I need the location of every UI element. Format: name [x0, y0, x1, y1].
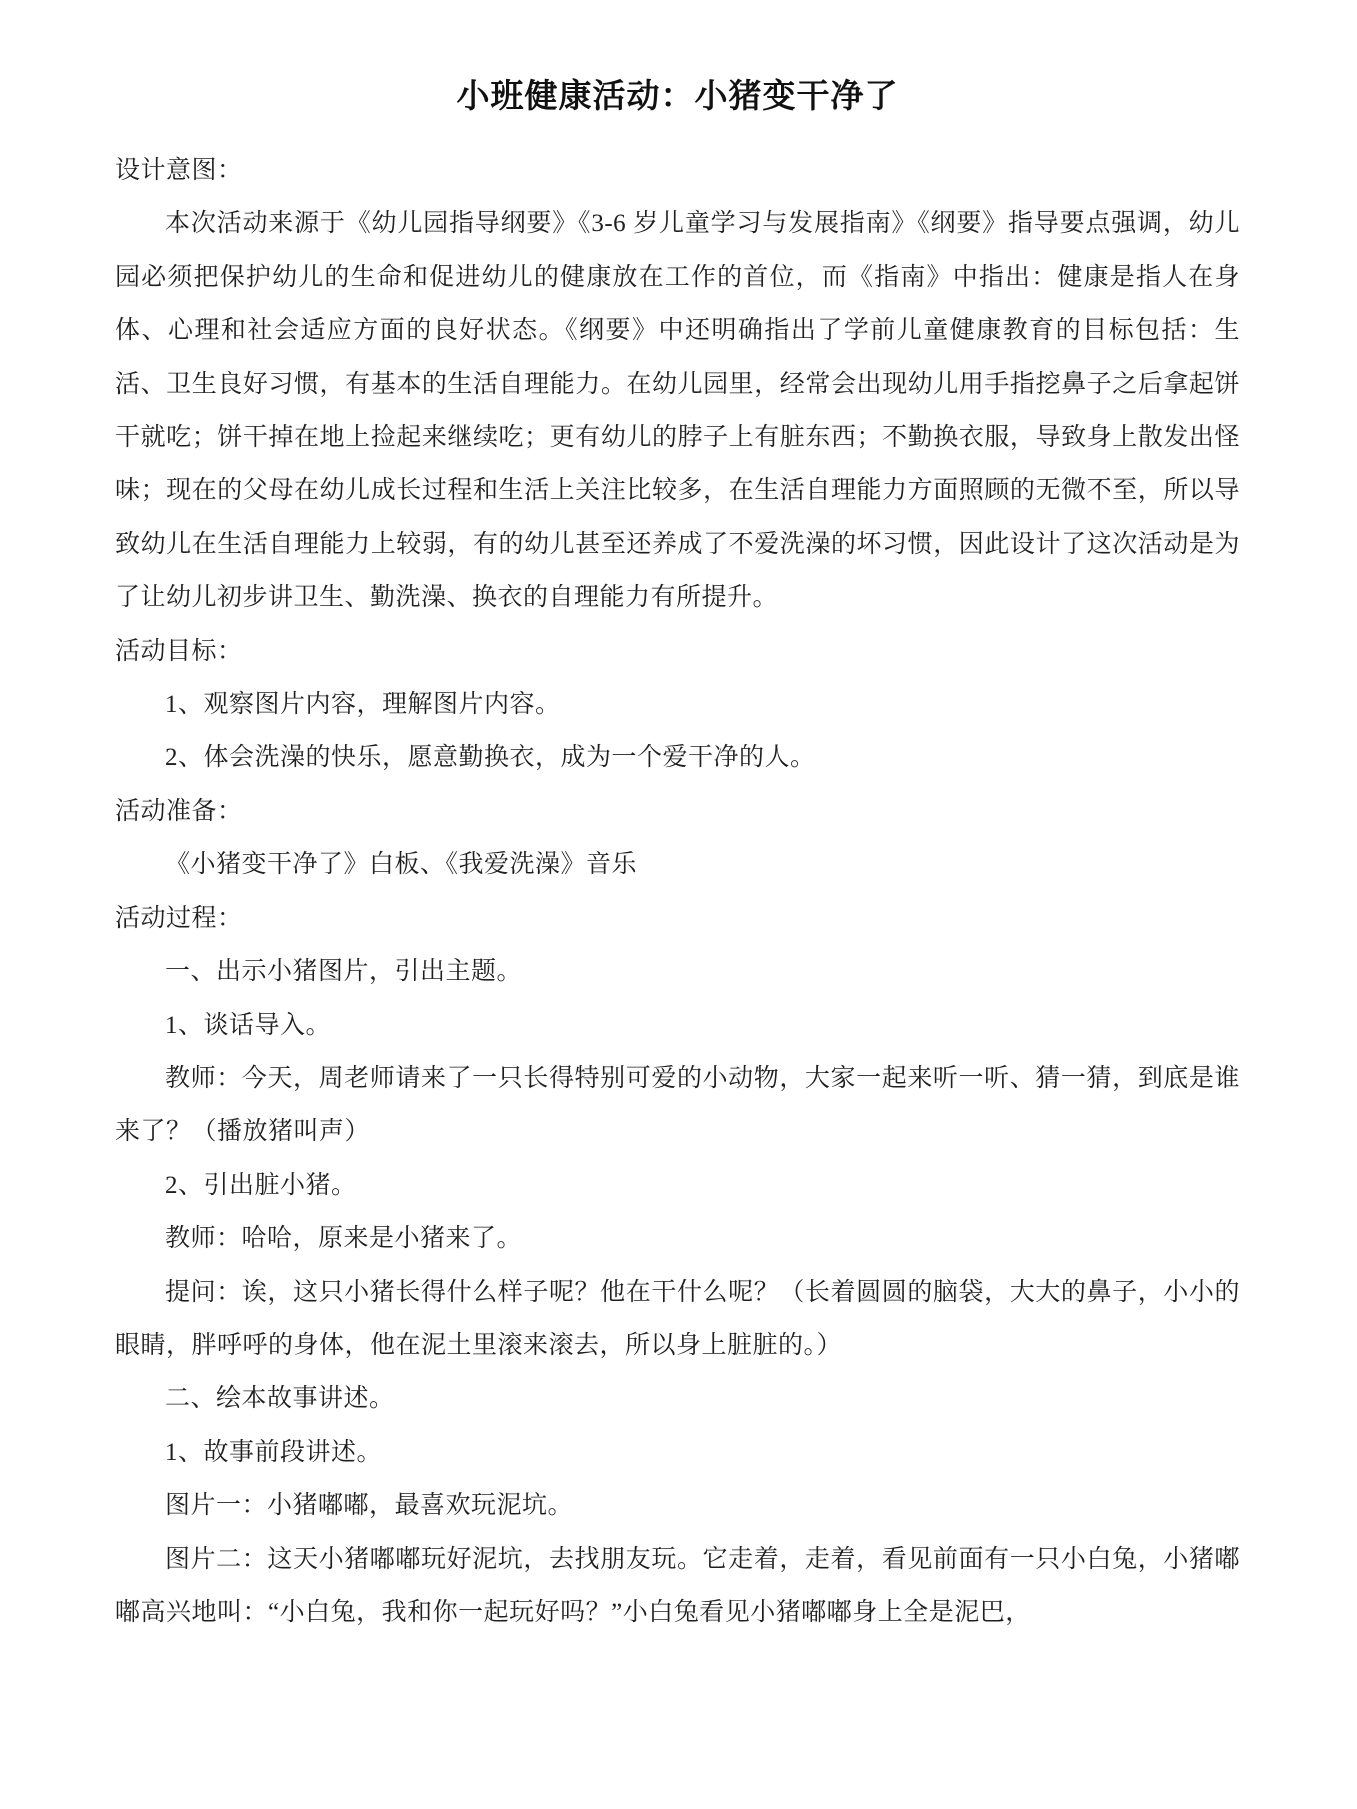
document-page: 小班健康活动：小猪变干净了 设计意图：本次活动来源于《幼儿园指导纲要》《3-6 …: [0, 0, 1357, 1809]
paragraph: 1、谈话导入。: [115, 999, 1240, 1052]
paragraph: 《小猪变干净了》白板、《我爱洗澡》音乐: [115, 838, 1240, 891]
section-heading: 活动目标：: [115, 625, 1240, 678]
paragraph: 图片一：小猪嘟嘟，最喜欢玩泥坑。: [115, 1479, 1240, 1532]
document-title: 小班健康活动：小猪变干净了: [115, 70, 1240, 122]
paragraph: 本次活动来源于《幼儿园指导纲要》《3-6 岁儿童学习与发展指南》《纲要》指导要点…: [115, 197, 1240, 624]
section-heading: 活动准备：: [115, 785, 1240, 838]
paragraph: 2、体会洗澡的快乐，愿意勤换衣，成为一个爱干净的人。: [115, 731, 1240, 784]
paragraph: 教师：今天，周老师请来了一只长得特别可爱的小动物，大家一起来听一听、猜一猜，到底…: [115, 1052, 1240, 1159]
paragraph: 1、观察图片内容，理解图片内容。: [115, 678, 1240, 731]
paragraph: 1、故事前段讲述。: [115, 1426, 1240, 1479]
paragraph: 教师：哈哈，原来是小猪来了。: [115, 1212, 1240, 1265]
paragraph: 2、引出脏小猪。: [115, 1159, 1240, 1212]
paragraph: 二、绘本故事讲述。: [115, 1372, 1240, 1425]
section-heading: 活动过程：: [115, 892, 1240, 945]
section-heading: 设计意图：: [115, 144, 1240, 197]
paragraph: 图片二：这天小猪嘟嘟玩好泥坑，去找朋友玩。它走着，走着，看见前面有一只小白兔，小…: [115, 1533, 1240, 1640]
document-body: 设计意图：本次活动来源于《幼儿园指导纲要》《3-6 岁儿童学习与发展指南》《纲要…: [115, 144, 1240, 1639]
paragraph: 提问：诶，这只小猪长得什么样子呢？他在干什么呢？（长着圆圆的脑袋，大大的鼻子，小…: [115, 1266, 1240, 1373]
paragraph: 一、出示小猪图片，引出主题。: [115, 945, 1240, 998]
